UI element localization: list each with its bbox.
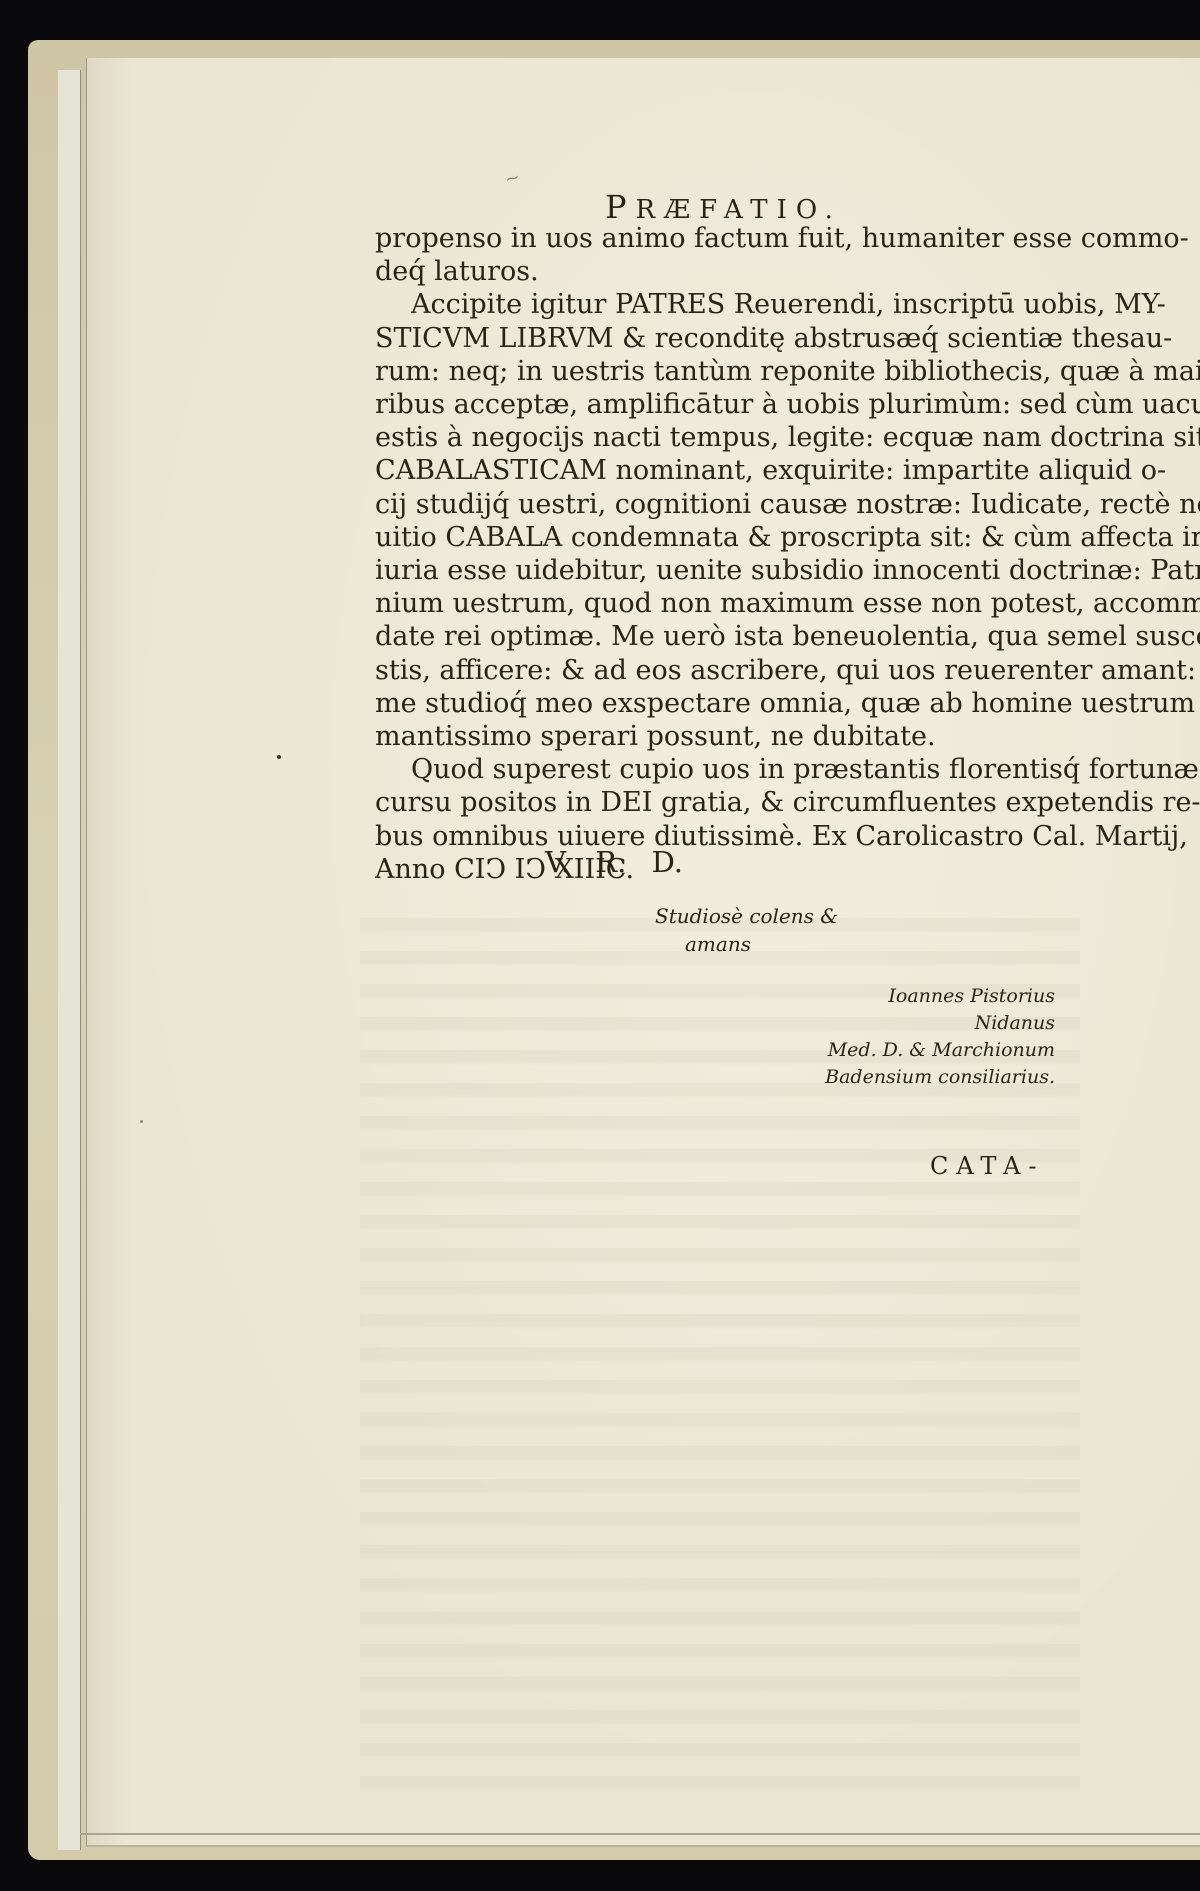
- text-line: cij studijq́ uestri, cognitioni causæ no…: [375, 488, 1078, 521]
- text-line: deq́ laturos.: [375, 255, 1078, 288]
- text-line: estis à negocijs nacti tempus, legite: e…: [375, 421, 1078, 454]
- text-line: Anno CIↃ IↃ XIIIC.: [375, 853, 1078, 886]
- text-line: me studioq́ meo exspectare omnia, quæ ab…: [375, 687, 1078, 720]
- signature-line: Ioannes Pistorius Nidanus: [810, 983, 1055, 1037]
- text-line: bus omnibus uiuere diutissimè. Ex Caroli…: [375, 820, 1078, 853]
- body-text: propenso in uos animo factum fuit, human…: [375, 222, 1078, 886]
- closing-initials: V. R. D.: [545, 845, 683, 879]
- running-head-initial: P: [605, 188, 636, 226]
- text-line: date rei optimæ. Me uerò ista beneuolent…: [375, 620, 1078, 653]
- text-line: stis, afficere: & ad eos ascribere, qui …: [375, 654, 1078, 687]
- text-line: iuria esse uidebitur, uenite subsidio in…: [375, 554, 1078, 587]
- subscription-line: Studiosè colens &: [655, 902, 838, 930]
- text-line: mantissimo sperari possunt, ne dubitate.: [375, 720, 1078, 753]
- page-edge-line: [80, 1833, 1200, 1835]
- text-line: STICVM LIBRVM & reconditę abstrusæq́ sci…: [375, 322, 1078, 355]
- text-line: cursu positos in DEI gratia, & circumflu…: [375, 786, 1078, 819]
- text-line: Accipite igitur PATRES Reuerendi, inscri…: [375, 288, 1078, 321]
- text-line: CABALASTICAM nominant, exquirite: impart…: [375, 454, 1078, 487]
- text-line: uitio CABALA condemnata & proscripta sit…: [375, 521, 1078, 554]
- text-line: ribus acceptæ, amplificātur à uobis plur…: [375, 388, 1078, 421]
- signature: Ioannes Pistorius Nidanus Med. D. & Marc…: [810, 983, 1055, 1091]
- paper-speck: [277, 755, 281, 759]
- text-line: propenso in uos animo factum fuit, human…: [375, 222, 1078, 255]
- subscription-line: amans: [655, 930, 838, 958]
- subscription: Studiosè colens & amans: [655, 902, 838, 958]
- running-head-rest: RÆFATIO.: [636, 195, 842, 225]
- flyleaf-edge: [58, 70, 81, 1850]
- text-line: Quod superest cupio uos in præstantis fl…: [375, 753, 1078, 786]
- text-line: nium uestrum, quod non maximum esse non …: [375, 587, 1078, 620]
- catchword: CATA-: [930, 1152, 1045, 1180]
- signature-line: Med. D. & Marchionum: [810, 1037, 1055, 1064]
- paper-speck: [140, 1120, 143, 1123]
- signature-line: Badensium consiliarius.: [810, 1064, 1055, 1091]
- text-line: rum: neq; in uestris tantùm reponite bib…: [375, 355, 1078, 388]
- running-head: PRÆFATIO.: [605, 188, 842, 226]
